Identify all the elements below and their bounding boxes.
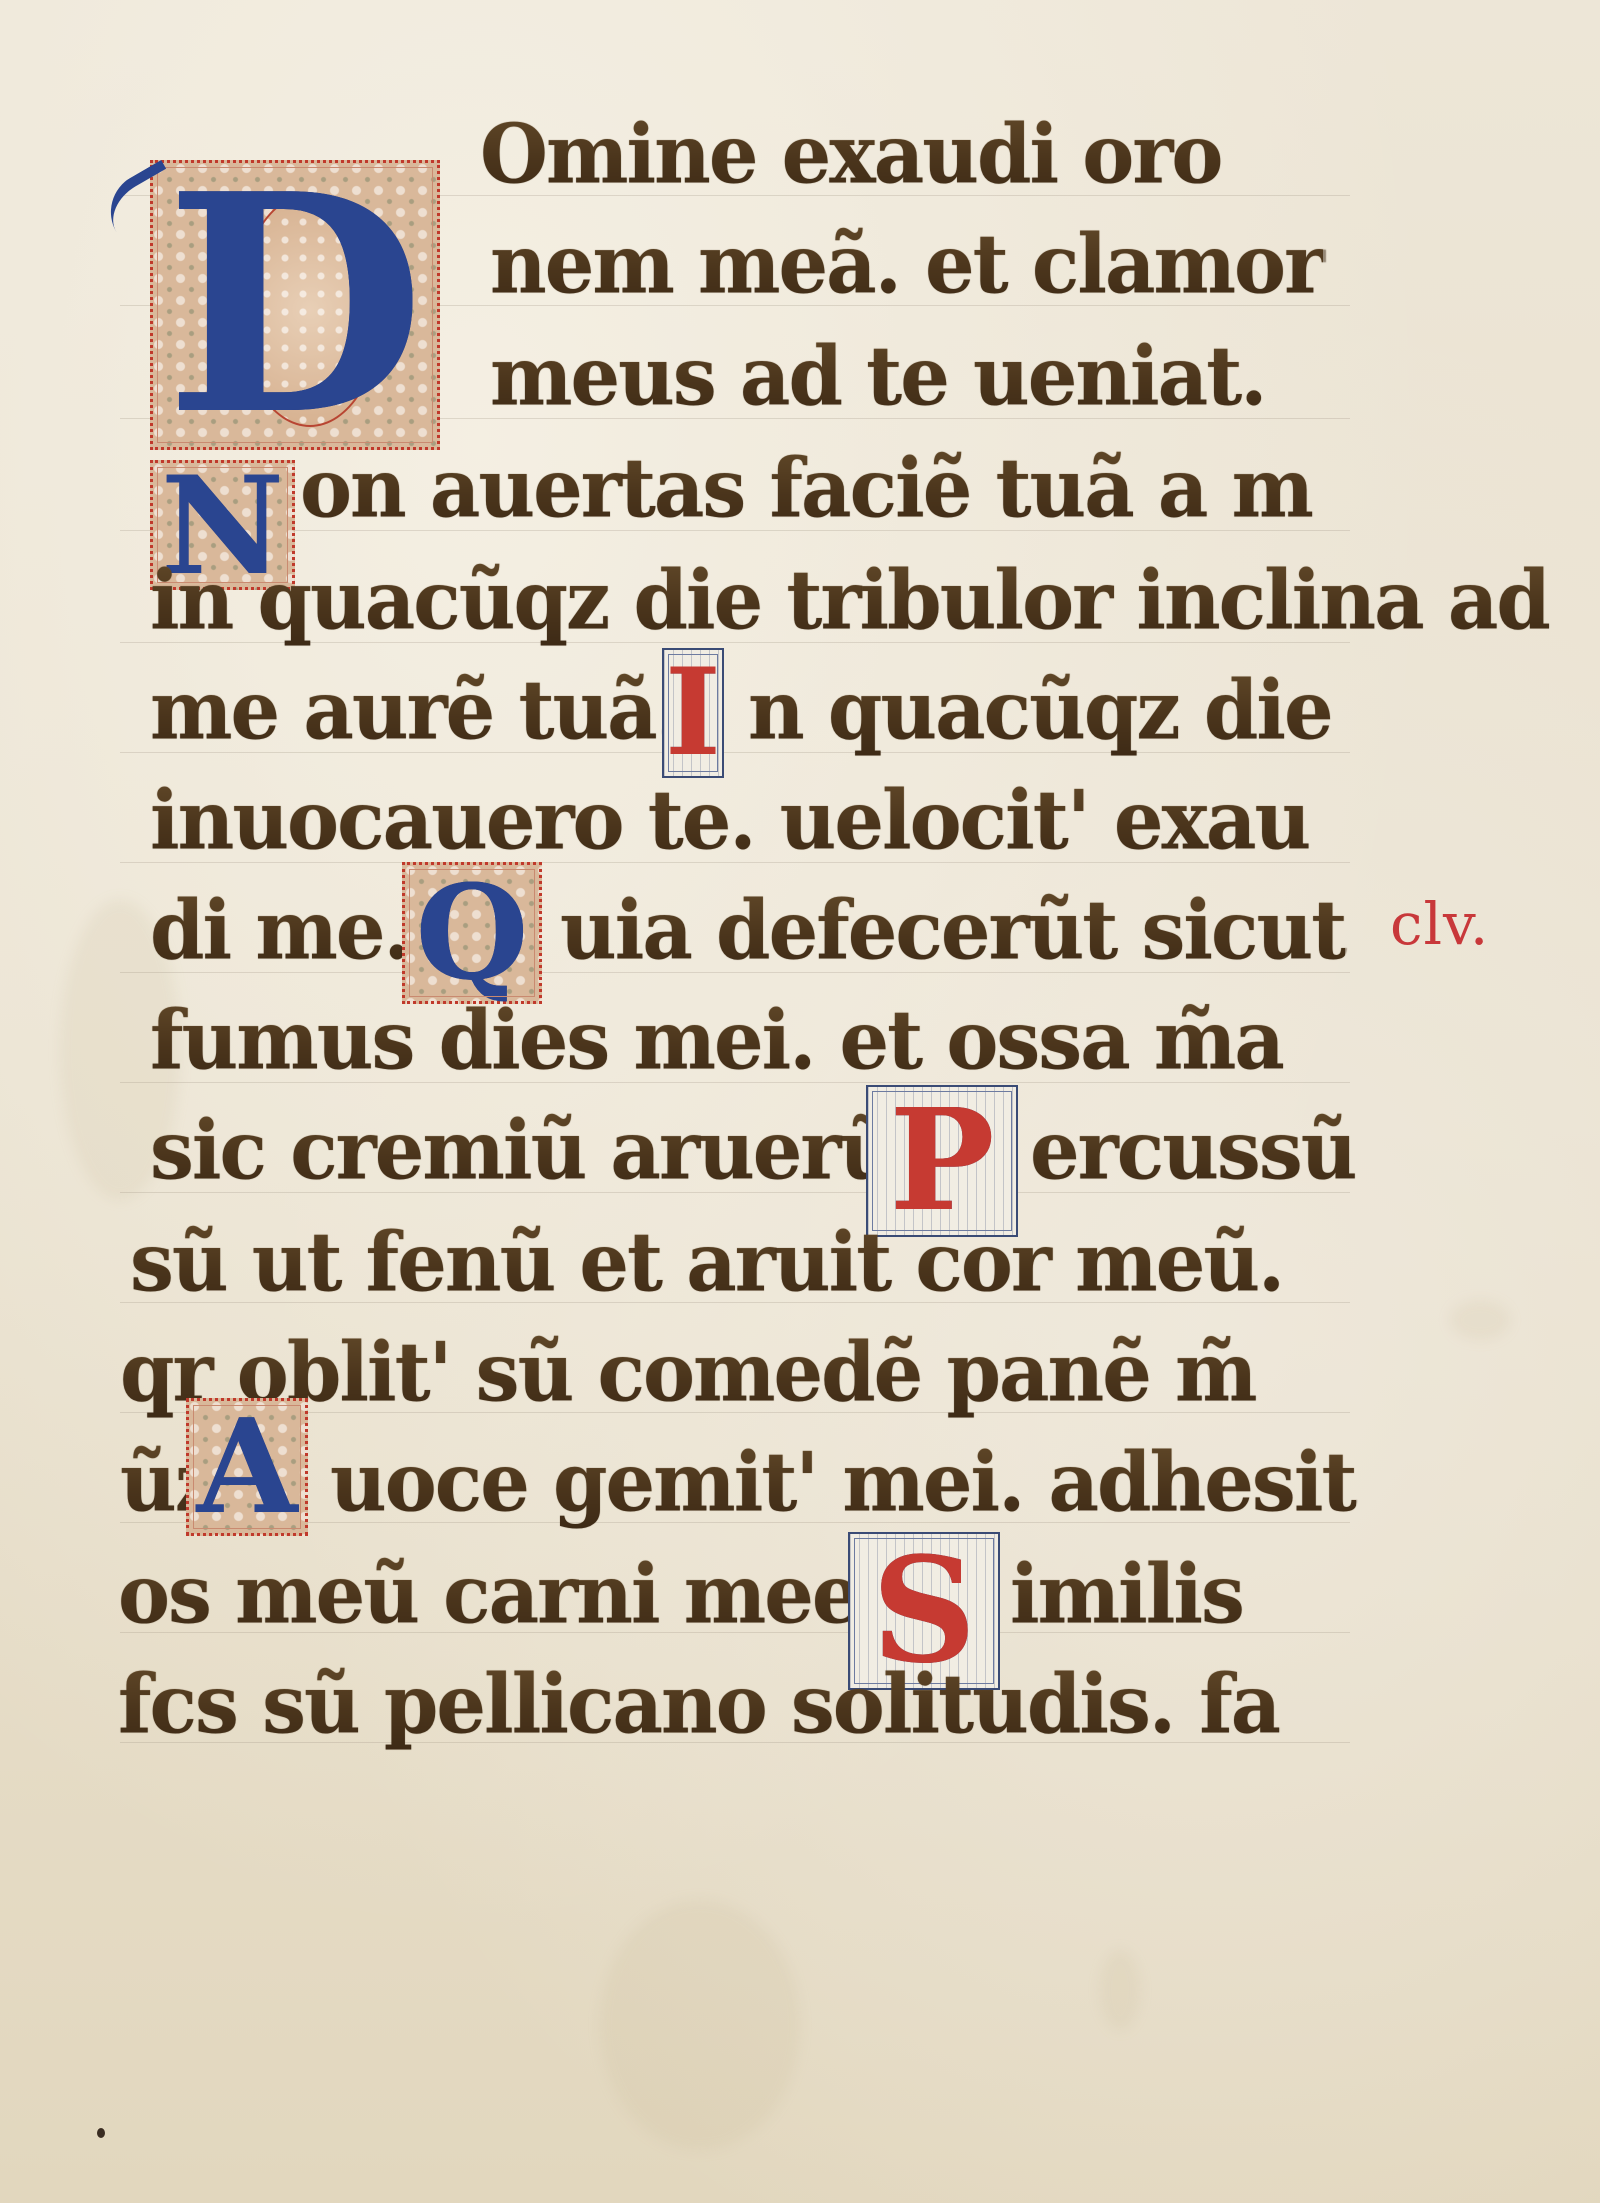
text-line-8: di me. [150,890,409,972]
illuminated-initial-i: I [662,648,724,778]
text-line-10: sic cremiũ aruerũt. [150,1110,953,1192]
text-line-6-continuation: n quacũqz die [748,670,1332,752]
text-line-1: Omine exaudi oro [480,114,1221,196]
text-line-10-continuation: ercussũ [1030,1110,1355,1192]
parchment-speck [97,2128,105,2138]
text-line-14: os meũ carni mee. [118,1554,885,1636]
text-line-3: meus ad te ueniat. [490,336,1265,418]
initial-letter: P [889,1091,994,1231]
parchment-stain [1100,1950,1140,2030]
folio-number: clv. [1390,890,1489,958]
illuminated-initial-d: D [150,160,440,450]
text-line-13-continuation: uoce gemit' mei. adhesit [330,1442,1356,1524]
manuscript-page: D N Omine exaudi oro nem meã. et clamor … [0,0,1600,2203]
illuminated-initial-a: A [186,1398,308,1536]
initial-letter: A [197,1402,298,1532]
text-line-7: inuocauero te. uelocit' exau [150,780,1309,862]
text-line-14-continuation: imilis [1010,1554,1243,1636]
text-line-2: nem meã. et clamor [490,224,1323,306]
text-line-6: me aurẽ tuã. [150,670,681,752]
text-line-11: sũ ut fenũ et aruit cor meũ. [130,1222,1283,1304]
parchment-stain [600,1900,800,2150]
illuminated-initial-q: Q [402,862,542,1004]
initial-letter: Q [415,868,528,998]
text-line-15: fcs sũ pellicano solitudis. fa [118,1664,1279,1746]
initial-letter: D [165,155,425,455]
initial-letter: I [665,653,721,773]
parchment-stain [1450,1300,1510,1340]
text-line-9: fumus dies mei. et ossa m̃a [150,1000,1283,1082]
text-line-8-continuation: uia defecerũt sicut [560,890,1345,972]
text-line-4: on auertas faciẽ tuã a m [300,448,1312,530]
text-line-5: in quacũqz die tribulor inclina ad [150,560,1549,642]
